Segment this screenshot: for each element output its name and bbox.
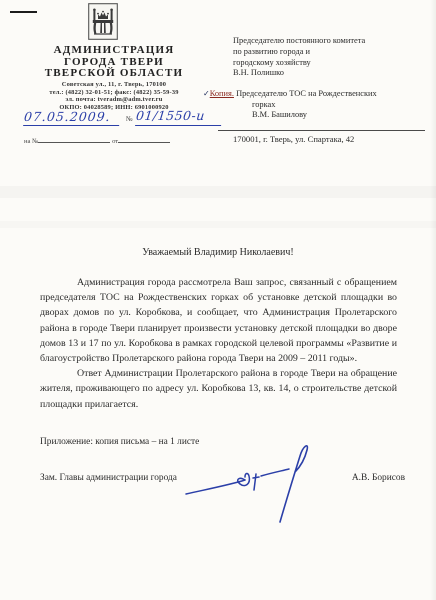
salutation: Уважаемый Владимир Николаевич! [40, 247, 396, 258]
outgoing-date-number-line: 07.05.2009. № 01/1550-и [24, 109, 224, 131]
scan-artifact-band [0, 186, 436, 198]
copy-first-line: ✓Копия. Председателю ТОС на Рождественск… [203, 89, 433, 100]
letterhead-contacts: Советская ул., 11, г. Тверь, 170100 тел.… [8, 81, 220, 111]
copy-addressee-line3: В.М. Башилову [203, 110, 433, 121]
letterhead-address: Советская ул., 11, г. Тверь, 170100 [8, 81, 220, 89]
addressee-divider-rule [218, 130, 425, 131]
signer-name: А.В. Борисов [352, 473, 405, 483]
addressee-line: В.Н. Полишко [233, 68, 431, 79]
corner-registration-mark [10, 11, 37, 13]
ref-date-blank [118, 136, 170, 143]
letterhead-phone-fax: тел.: (4822) 32-01-51; факс: (4822) 35-5… [8, 89, 220, 97]
signer-position-title: Зам. Главы администрации города [40, 473, 177, 483]
tver-coat-of-arms-icon [88, 3, 118, 40]
addressee-line: городскому хозяйству [233, 58, 431, 69]
number-sign: № [126, 115, 133, 123]
ref-na-label: на № [24, 138, 38, 145]
org-line-3: ТВЕРСКОЙ ОБЛАСТИ [8, 68, 220, 80]
copy-addressee-line2: горках [203, 100, 433, 111]
ref-number-blank [38, 136, 110, 143]
copy-addressee-line1: Председателю ТОС на Рождественских [234, 89, 377, 98]
copy-label: Копия. [210, 89, 234, 98]
addressee-line: Председателю постоянного комитета [233, 36, 431, 47]
scanned-letter-page: АДМИНИСТРАЦИЯ ГОРОДА ТВЕРИ ТВЕРСКОЙ ОБЛА… [0, 0, 436, 600]
reference-blanks-line: на № от [24, 136, 224, 145]
scan-artifact-band [0, 221, 436, 228]
addressee-copy-block: ✓Копия. Председателю ТОС на Рождественск… [203, 89, 433, 121]
handwritten-signature [183, 438, 323, 526]
addressee-postal-address: 170001, г. Тверь, ул. Спартака, 42 [233, 134, 431, 144]
handwritten-date: 07.05.2009. [23, 109, 121, 126]
letter-body: Администрация города рассмотрела Ваш зап… [40, 275, 397, 412]
org-line-1: АДМИНИСТРАЦИЯ [8, 45, 220, 57]
addressee-line: по развитию города и [233, 47, 431, 58]
addressee-primary-block: Председателю постоянного комитета по раз… [233, 36, 431, 79]
body-paragraph-2: Ответ Администрации Пролетарского района… [40, 366, 397, 412]
body-paragraph-1: Администрация города рассмотрела Ваш зап… [40, 275, 397, 366]
checkmark-icon: ✓ [203, 89, 210, 98]
letterhead-email: эл. почта: tveradm@adm.tver.ru [8, 96, 220, 104]
organization-name: АДМИНИСТРАЦИЯ ГОРОДА ТВЕРИ ТВЕРСКОЙ ОБЛА… [8, 45, 220, 80]
